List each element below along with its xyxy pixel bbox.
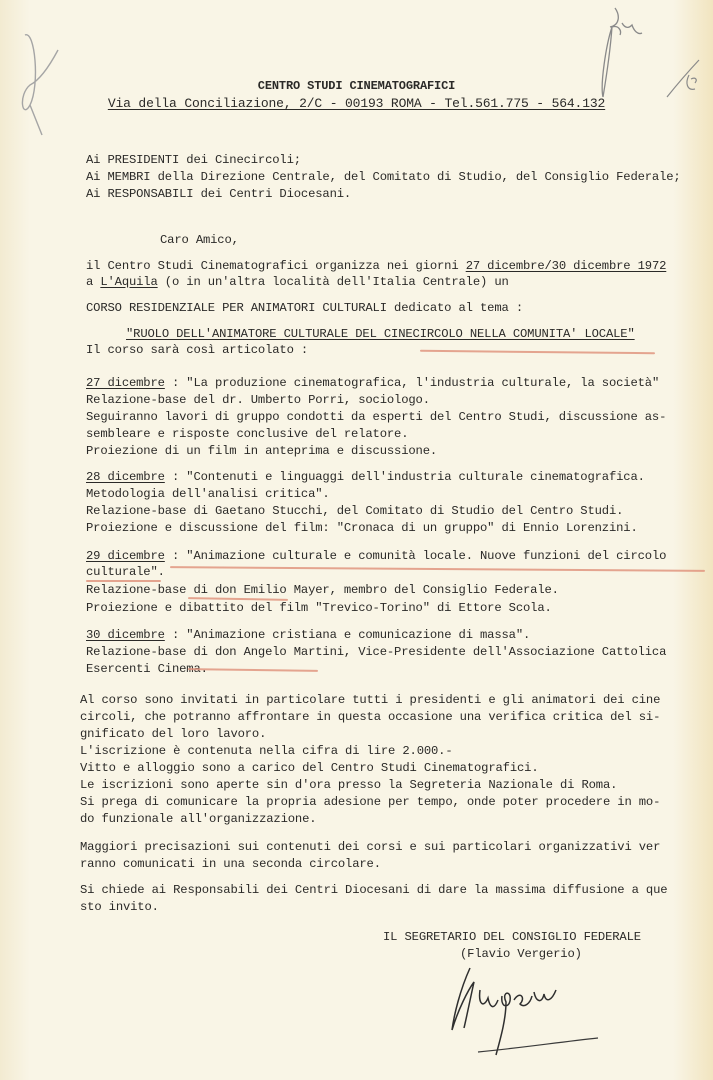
details-line: L'iscrizione è contenuta nella cifra di … <box>80 743 453 759</box>
intro-line-1: il Centro Studi Cinematografici organizz… <box>86 258 666 274</box>
course-dates: 27 dicembre/30 dicembre 1972 <box>466 259 667 273</box>
program-day-28: 28 dicembre : "Contenuti e linguaggi del… <box>86 469 645 485</box>
program-line: Proiezione e dibattito del film "Trevico… <box>86 600 552 616</box>
program-line: Relazione-base del dr. Umberto Porri, so… <box>86 392 430 408</box>
salutation: Caro Amico, <box>160 232 239 248</box>
details-line: Al corso sono invitati in particolare tu… <box>80 692 660 708</box>
org-address: Via della Conciliazione, 2/C - 00193 ROM… <box>0 96 713 112</box>
closing-line: Si chiede ai Responsabili dei Centri Dio… <box>80 882 667 898</box>
details-line: gnificato del loro lavoro. <box>80 726 266 742</box>
signatory-title: IL SEGRETARIO DEL CONSIGLIO FEDERALE <box>383 929 641 945</box>
intro-line-2: a L'Aquila (o in un'altra località dell'… <box>86 274 509 290</box>
program-line: Proiezione di un film in anteprima e dis… <box>86 443 437 459</box>
recipient-line: Ai PRESIDENTI dei Cinecircoli; <box>86 152 301 168</box>
program-day-29: 29 dicembre : "Animazione culturale e co… <box>86 548 666 564</box>
recipient-line: Ai RESPONSABILI dei Centri Diocesani. <box>86 186 351 202</box>
details-line: circoli, che potranno affrontare in ques… <box>80 709 660 725</box>
handwritten-signature <box>440 960 600 1060</box>
program-date: 30 dicembre <box>86 628 165 642</box>
program-line: Relazione-base di don Angelo Martini, Vi… <box>86 644 666 660</box>
program-line: culturale". <box>86 564 165 580</box>
details-line: Si prega di comunicare la propria adesio… <box>80 794 660 810</box>
program-date: 28 dicembre <box>86 470 165 484</box>
intro-line-3: CORSO RESIDENZIALE PER ANIMATORI CULTURA… <box>86 300 523 316</box>
program-line: Relazione-base di Gaetano Stucchi, del C… <box>86 503 623 519</box>
red-pencil-mark <box>420 350 655 354</box>
closing-line: sto invito. <box>80 899 159 915</box>
details-line: Le iscrizioni sono aperte sin d'ora pres… <box>80 777 617 793</box>
red-pencil-mark <box>170 566 705 572</box>
program-day-30: 30 dicembre : "Animazione cristiana e co… <box>86 627 530 643</box>
program-line: Relazione-base di don Emilio Mayer, memb… <box>86 582 559 598</box>
org-name: CENTRO STUDI CINEMATOGRAFICI <box>0 78 713 94</box>
recipient-line: Ai MEMBRI della Direzione Centrale, del … <box>86 169 681 185</box>
details-line: Vitto e alloggio sono a carico del Centr… <box>80 760 538 776</box>
closing-line: ranno comunicati in una seconda circolar… <box>80 856 381 872</box>
program-date: 29 dicembre <box>86 549 165 563</box>
closing-line: Maggiori precisazioni sui contenuti dei … <box>80 839 660 855</box>
details-line: do funzionale all'organizzazione. <box>80 811 316 827</box>
structure-line: Il corso sarà così articolato : <box>86 342 308 358</box>
program-date: 27 dicembre <box>86 376 165 390</box>
program-day-27: 27 dicembre : "La produzione cinematogra… <box>86 375 659 391</box>
program-line: Metodologia dell'analisi critica". <box>86 486 330 502</box>
course-theme: "RUOLO DELL'ANIMATORE CULTURALE DEL CINE… <box>126 326 635 342</box>
program-line: sembleare e risposte conclusive del rela… <box>86 426 408 442</box>
course-place: L'Aquila <box>100 275 157 289</box>
program-line: Seguiranno lavori di gruppo condotti da … <box>86 409 666 425</box>
document-page: CENTRO STUDI CINEMATOGRAFICI Via della C… <box>0 0 713 1080</box>
program-line: Proiezione e discussione del film: "Cron… <box>86 520 638 536</box>
